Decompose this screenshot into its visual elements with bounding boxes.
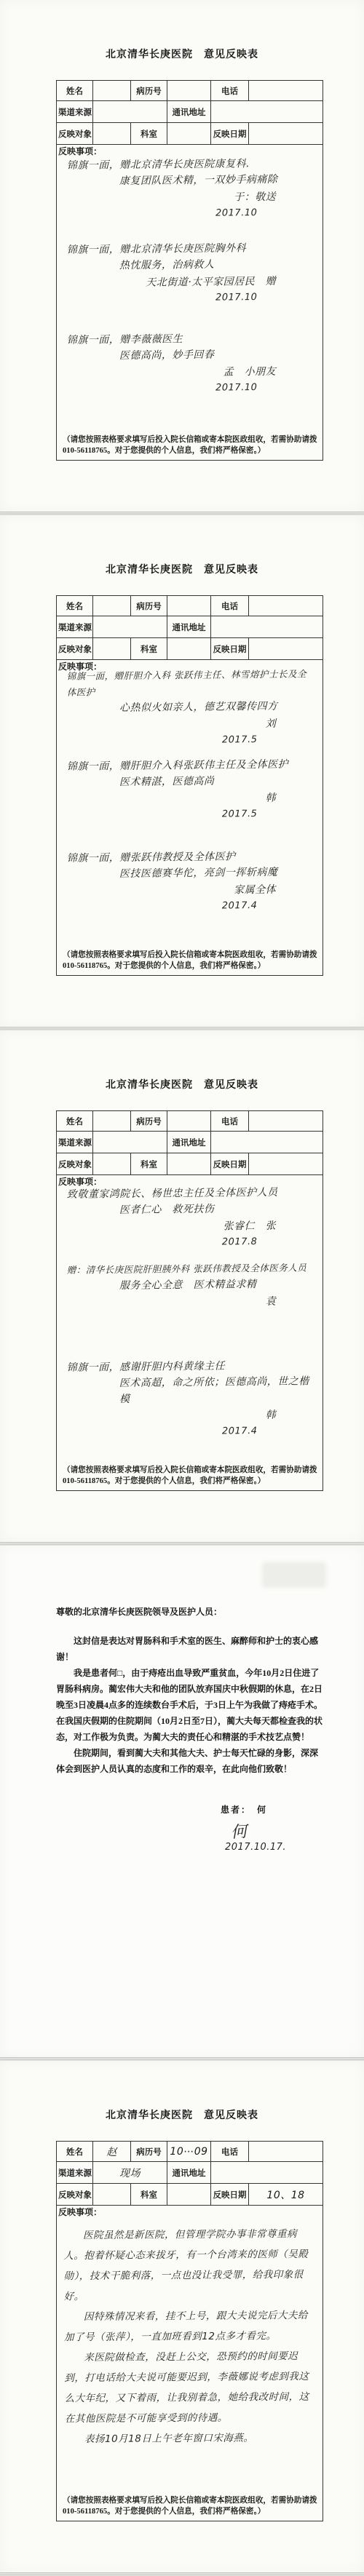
letter-signature-date: 2017.10.17. bbox=[225, 1840, 323, 1856]
label-department: 科室 bbox=[131, 1153, 167, 1175]
letter-paragraph: 我是患者何□，由于痔疮出血导致严重贫血，今年10月2日住进了胃肠科病房。蔺宏伟大… bbox=[56, 1665, 323, 1745]
letter-paragraph: 这封信是表达对胃肠科和手术室的医生、麻醉师和护士的衷心感谢！ bbox=[56, 1633, 323, 1665]
field-name bbox=[93, 1111, 131, 1132]
scanned-pages-stack: 北京清华长庚医院 意见反映表 姓名 病历号 电话 渠道来源 通讯地址 反映对象 … bbox=[0, 0, 364, 2576]
label-subject: 反映对象 bbox=[57, 638, 93, 660]
field-subject bbox=[93, 1153, 131, 1175]
label-phone: 电话 bbox=[211, 2142, 249, 2162]
field-phone bbox=[249, 2142, 323, 2162]
field-phone bbox=[249, 81, 323, 101]
label-address: 通讯地址 bbox=[167, 1132, 211, 1153]
label-record-no: 病历号 bbox=[131, 1111, 167, 1132]
field-department bbox=[167, 638, 211, 660]
field-date bbox=[249, 123, 323, 145]
field-department bbox=[167, 2184, 211, 2206]
feedback-table: 姓名 病历号 电话 渠道来源 通讯地址 反映对象 科室 反映日期 bbox=[56, 595, 323, 976]
label-channel: 渠道来源 bbox=[57, 1132, 93, 1153]
label-phone: 电话 bbox=[211, 81, 249, 101]
field-subject bbox=[93, 2184, 131, 2206]
matters-cell: 反映事项： 锦旗一面，赠肝胆介入科 张跃伟主任、林雪熔护士长及全体医护 心热似火… bbox=[57, 660, 323, 976]
handwritten-entry: 锦旗一面，赠肝胆介入科张跃伟主任及全体医护 医术精湛，医德高尚 韩 2017.5 bbox=[67, 756, 314, 824]
letter-signer-label: 患者： 何 bbox=[221, 1802, 323, 1818]
page-title: 北京清华长庚医院 意见反映表 bbox=[0, 2061, 364, 2122]
label-matters: 反映事项： bbox=[58, 2207, 102, 2217]
label-department: 科室 bbox=[131, 638, 167, 660]
matters-cell: 反映事项： 医院虽然是新医院，但管理学院办事非常尊重病人。抱着怀疑心态来拔牙，有… bbox=[57, 2206, 323, 2521]
field-address bbox=[211, 101, 323, 123]
field-address bbox=[211, 1132, 323, 1153]
label-record-no: 病历号 bbox=[131, 81, 167, 101]
field-channel bbox=[93, 101, 167, 123]
form-page-1: 北京清华长庚医院 意见反映表 姓名 病历号 电话 渠道来源 通讯地址 反映对象 … bbox=[0, 0, 364, 512]
handwritten-paragraph: 因特殊情况来看，挂不上号，跟大夫说完后大夫给加了号（张萍），一直加班看到12点多… bbox=[64, 2305, 317, 2348]
handwritten-entry: 赠：清华长庚医院肝胆胰外科 张跃伟教授及全体医务人员 服务全心全意 医术精益求精… bbox=[67, 1260, 314, 1312]
field-channel: 现场 bbox=[93, 2162, 167, 2184]
handwritten-entry: 锦旗一面，感谢肝胆内科黄缘主任 医术高超，命之所依；医德高尚，世之楷模 韩 20… bbox=[66, 1357, 314, 1442]
matters-cell: 反映事项： 锦旗一面，赠北京清华长庚医院康复科. 康复团队医术精，一双妙手病痛除… bbox=[57, 145, 323, 461]
field-date: 10、18 bbox=[249, 2184, 323, 2206]
handwritten-entry: 锦旗一面，赠李薇薇医生 医德高尚，妙手回春 孟 小朋友 2017.10 bbox=[67, 330, 314, 398]
label-date: 反映日期 bbox=[211, 1153, 249, 1175]
label-channel: 渠道来源 bbox=[57, 2162, 93, 2184]
label-department: 科室 bbox=[131, 2184, 167, 2206]
label-date: 反映日期 bbox=[211, 638, 249, 660]
handwritten-paragraph: 表扬10月18日上午老年窗口宋海燕。 bbox=[65, 2428, 317, 2449]
form-page-3: 北京清华长庚医院 意见反映表 姓名 病历号 电话 渠道来源 通讯地址 反映对象 … bbox=[0, 1030, 364, 1542]
field-subject bbox=[93, 638, 131, 660]
label-department: 科室 bbox=[131, 123, 167, 145]
field-date bbox=[249, 1153, 323, 1175]
form-page-5: 北京清华长庚医院 意见反映表 姓名 赵 病历号 10⋯09 电话 渠道来源 现场… bbox=[0, 2061, 364, 2572]
label-name: 姓名 bbox=[57, 1111, 93, 1132]
label-subject: 反映对象 bbox=[57, 2184, 93, 2206]
label-address: 通讯地址 bbox=[167, 101, 211, 123]
field-channel bbox=[93, 1132, 167, 1153]
page-divider bbox=[0, 2572, 364, 2576]
handwritten-paragraph: 医院虽然是新医院，但管理学院办事非常尊重病人。抱着怀疑心态来拔牙，有一个台湾来的… bbox=[63, 2224, 317, 2307]
form-footer-note: （请您按照表格要求填写后投入院长信箱或寄本院医政组收，若需协助请拨010-561… bbox=[63, 1465, 318, 1487]
label-date: 反映日期 bbox=[211, 2184, 249, 2206]
label-address: 通讯地址 bbox=[167, 616, 211, 638]
label-name: 姓名 bbox=[57, 81, 93, 101]
label-channel: 渠道来源 bbox=[57, 101, 93, 123]
label-record-no: 病历号 bbox=[131, 2142, 167, 2162]
label-date: 反映日期 bbox=[211, 123, 249, 145]
letter-salutation: 尊敬的北京清华长庚医院领导及医护人员： bbox=[56, 1604, 323, 1620]
field-department bbox=[167, 1153, 211, 1175]
field-phone bbox=[249, 1111, 323, 1132]
handwritten-entry: 锦旗一面，赠北京清华长庚医院胸外科 热忱服务，治病救人 天北街道·太平家园居民 … bbox=[67, 239, 314, 308]
handwritten-entry: 锦旗一面，赠肝胆介入科 张跃伟主任、林雪熔护士长及全体医护 心热似火如亲人，德艺… bbox=[66, 666, 314, 750]
thank-you-letter: 尊敬的北京清华长庚医院领导及医护人员： 这封信是表达对胃肠科和手术室的医生、麻醉… bbox=[56, 1604, 323, 1856]
field-channel bbox=[93, 616, 167, 638]
matters-cell: 反映事项： 致敬董家鸿院长、杨世忠主任及全体医护人员 医者仁心 救死扶伤 张睿仁… bbox=[57, 1175, 323, 1491]
field-record-no: 10⋯09 bbox=[167, 2142, 211, 2162]
field-record-no bbox=[167, 81, 211, 101]
field-date bbox=[249, 638, 323, 660]
label-record-no: 病历号 bbox=[131, 596, 167, 616]
handwritten-feedback-text: 医院虽然是新医院，但管理学院办事非常尊重病人。抱着怀疑心态来拔牙，有一个台湾来的… bbox=[63, 2224, 317, 2449]
label-subject: 反映对象 bbox=[57, 1153, 93, 1175]
label-phone: 电话 bbox=[211, 596, 249, 616]
field-name: 赵 bbox=[93, 2142, 131, 2162]
handwritten-paragraph: 来医院做检查，没赶上公交，恐预约的时间要迟到，打电话给大夫说可能要迟到，李薇娜说… bbox=[64, 2346, 317, 2429]
page-title: 北京清华长庚医院 意见反映表 bbox=[0, 1030, 364, 1092]
label-phone: 电话 bbox=[211, 1111, 249, 1132]
faint-stamp bbox=[262, 1562, 326, 1588]
page-title: 北京清华长庚医院 意见反映表 bbox=[0, 0, 364, 61]
field-address bbox=[211, 616, 323, 638]
handwritten-entry: 锦旗一面，赠北京清华长庚医院康复科. 康复团队医术精，一双妙手病痛除 于：敬送 … bbox=[67, 155, 314, 223]
field-record-no bbox=[167, 596, 211, 616]
form-footer-note: （请您按照表格要求填写后投入院长信箱或寄本院医政组收，若需协助请拨010-561… bbox=[63, 434, 318, 456]
label-matters: 反映事项： bbox=[58, 146, 102, 156]
handwritten-entry: 致敬董家鸿院长、杨世忠主任及全体医护人员 医者仁心 救死扶伤 张睿仁 张 201… bbox=[67, 1184, 314, 1252]
form-footer-note: （请您按照表格要求填写后投入院长信箱或寄本院医政组收，若需协助请拨010-561… bbox=[63, 2495, 318, 2517]
feedback-table: 姓名 病历号 电话 渠道来源 通讯地址 反映对象 科室 反映日期 bbox=[56, 1110, 323, 1491]
label-subject: 反映对象 bbox=[57, 123, 93, 145]
field-record-no bbox=[167, 1111, 211, 1132]
label-name: 姓名 bbox=[57, 2142, 93, 2162]
feedback-table: 姓名 病历号 电话 渠道来源 通讯地址 反映对象 科室 反映日期 bbox=[56, 80, 323, 461]
page-title: 北京清华长庚医院 意见反映表 bbox=[0, 515, 364, 576]
field-name bbox=[93, 596, 131, 616]
field-department bbox=[167, 123, 211, 145]
label-matters: 反映事项： bbox=[58, 1177, 102, 1187]
field-subject bbox=[93, 123, 131, 145]
letter-signature-block: 患者： 何 何 2017.10.17. bbox=[221, 1802, 323, 1856]
letter-handwritten-signature: 何 bbox=[230, 1819, 323, 1842]
label-address: 通讯地址 bbox=[167, 2162, 211, 2184]
form-page-2: 北京清华长庚医院 意见反映表 姓名 病历号 电话 渠道来源 通讯地址 反映对象 … bbox=[0, 515, 364, 1027]
label-channel: 渠道来源 bbox=[57, 616, 93, 638]
field-name bbox=[93, 81, 131, 101]
form-footer-note: （请您按照表格要求填写后投入院长信箱或寄本院医政组收，若需协助请拨010-561… bbox=[63, 950, 318, 971]
feedback-table: 姓名 赵 病历号 10⋯09 电话 渠道来源 现场 通讯地址 反映对象 科室 反… bbox=[56, 2141, 323, 2521]
letter-paragraph: 住院期间，看到蔺大夫和其他大夫、护士每天忙碌的身影，深深体会到医护人员认真的态度… bbox=[56, 1745, 323, 1777]
letter-page: 尊敬的北京清华长庚医院领导及医护人员： 这封信是表达对胃肠科和手术室的医生、麻醉… bbox=[0, 1546, 364, 2057]
handwritten-entry: 锦旗一面，赠张跃伟教授及全体医护 医技医德赛华佗，亮剑一挥斩病魔 家属全体 20… bbox=[67, 848, 314, 916]
field-phone bbox=[249, 596, 323, 616]
label-name: 姓名 bbox=[57, 596, 93, 616]
field-address bbox=[211, 2162, 323, 2184]
